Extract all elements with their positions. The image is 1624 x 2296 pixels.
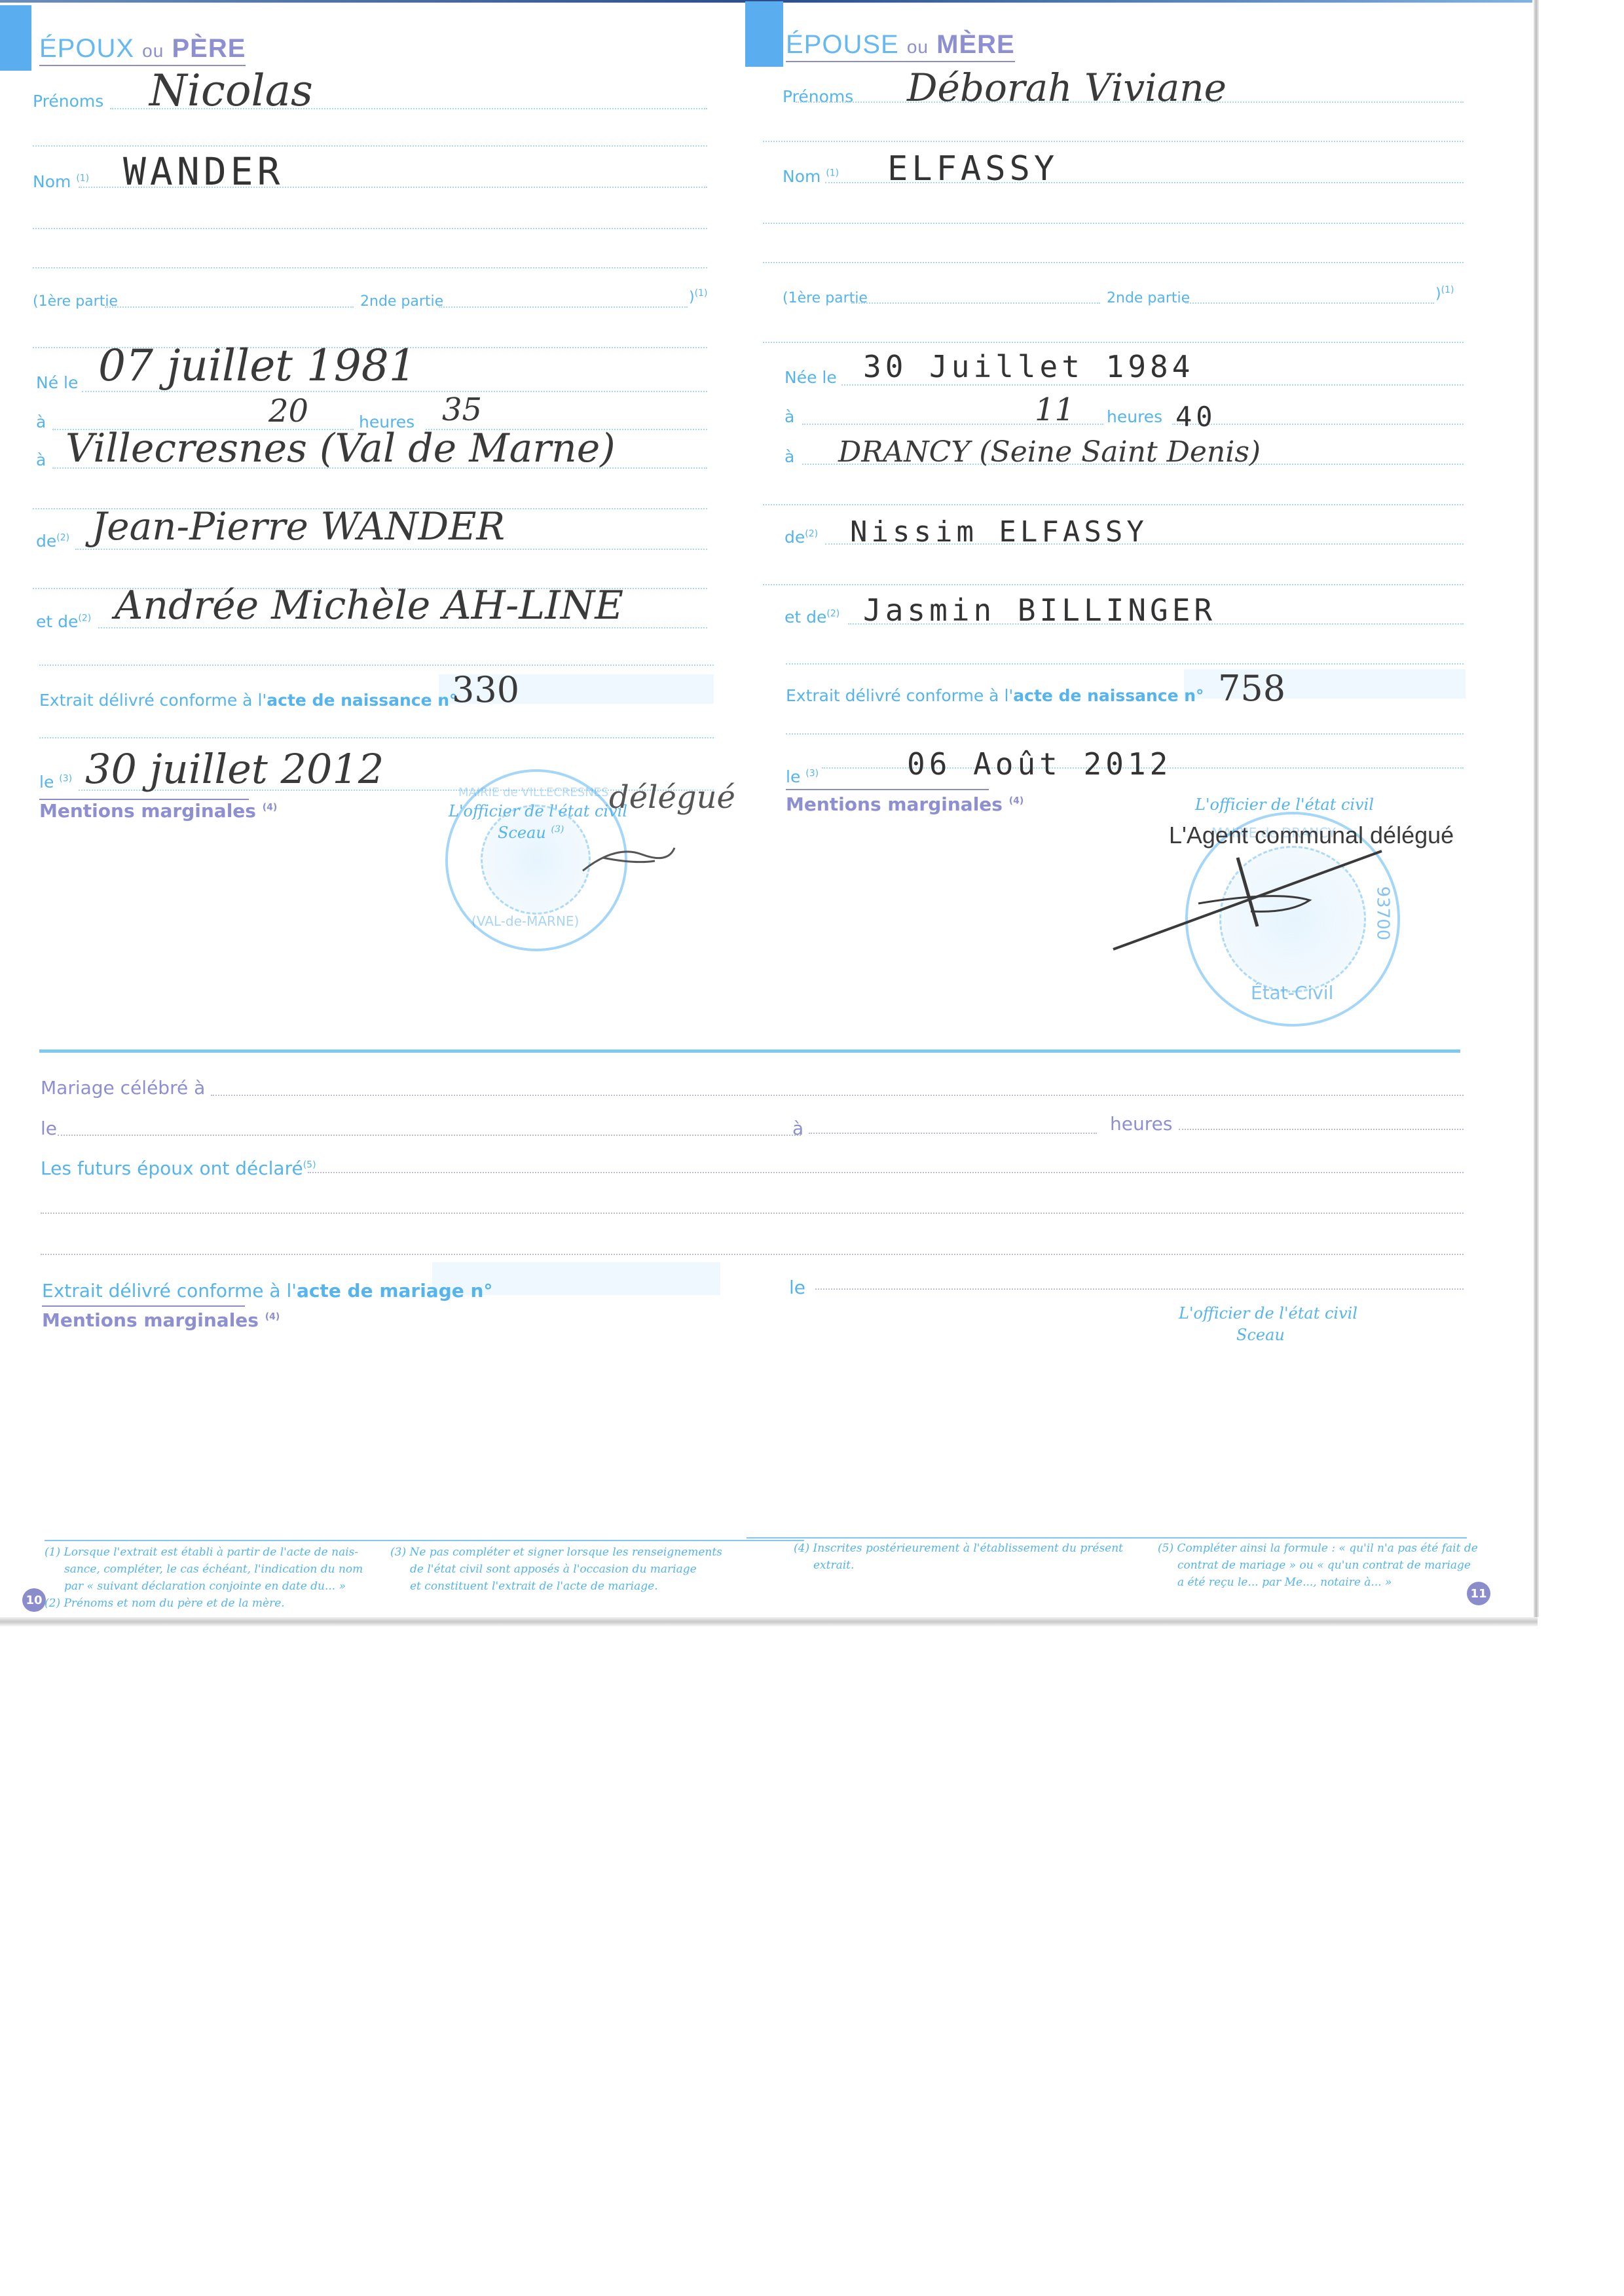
- title-bold: PÈRE: [172, 34, 246, 63]
- mariage-a-label: à: [792, 1118, 803, 1139]
- label-bold: acte de naissance n°: [267, 691, 457, 710]
- mariage-le2-label: le: [789, 1277, 805, 1298]
- epoux-de-line: [75, 549, 707, 550]
- epouse-mere-value[interactable]: Jasmin BILLINGER: [863, 592, 1216, 628]
- label-text: Extrait délivré conforme à l': [42, 1280, 297, 1302]
- epoux-ne-le-line: [82, 391, 707, 392]
- mariage-mentions-label: Mentions marginales (4): [42, 1309, 280, 1331]
- epouse-line: [763, 223, 1464, 224]
- footnote-1: (1) Lorsque l'extrait est établi à parti…: [45, 1544, 385, 1612]
- mariage-declare-field-2[interactable]: [41, 1212, 1464, 1214]
- epoux-partie-close: )(1): [689, 288, 707, 305]
- footnote-text: sance, compléter, le cas échéant, l'indi…: [45, 1561, 385, 1578]
- epouse-acte-numero-value[interactable]: 758: [1218, 668, 1285, 709]
- note: (4): [263, 803, 278, 813]
- label-text: Mentions marginales: [42, 1309, 259, 1331]
- epoux-line: [33, 145, 707, 147]
- footnote-5: (5) Compléter ainsi la formule : « qu'il…: [1158, 1540, 1485, 1591]
- footnote-text: a été reçu le... par Me..., notaire à...…: [1158, 1574, 1485, 1591]
- mariage-officier-label: L'officier de l'état civil: [1179, 1304, 1357, 1322]
- footnote-3: (3) Ne pas compléter et signer lorsque l…: [390, 1544, 744, 1595]
- epouse-line: [763, 504, 1464, 505]
- footnote-text: (4) Inscrites postérieurement à l'établi…: [794, 1542, 1123, 1555]
- epoux-line: [33, 228, 707, 229]
- mariage-declare-field[interactable]: [308, 1172, 1464, 1173]
- label-text: Mentions marginales: [39, 800, 256, 822]
- note: (4): [1009, 796, 1024, 807]
- label-text: Mentions marginales: [786, 793, 1003, 815]
- mariage-sceau-label: Sceau: [1236, 1326, 1285, 1344]
- epoux-partie2-label: 2nde partie: [360, 293, 443, 310]
- note: (2): [805, 529, 818, 539]
- label-text: et de: [784, 608, 826, 627]
- footnote-text: (1) Lorsque l'extrait est établi à parti…: [45, 1546, 358, 1559]
- note: (1): [695, 288, 708, 299]
- note: (1): [1441, 285, 1454, 295]
- footnote-text: par « suivant déclaration conjointe en d…: [45, 1578, 385, 1595]
- note: (5): [303, 1160, 316, 1171]
- epoux-acte-numero-value[interactable]: 330: [452, 669, 519, 710]
- mariage-a-field[interactable]: [809, 1133, 1097, 1134]
- epouse-signature-stroke: [1107, 838, 1408, 956]
- epoux-partie1-line: [105, 306, 354, 308]
- epouse-ne-le-line: [841, 384, 1464, 386]
- title-main: ÉPOUSE: [786, 30, 899, 59]
- epoux-et-de-label: et de(2): [36, 612, 91, 631]
- mariage-celebre-field[interactable]: [211, 1095, 1464, 1096]
- note: (3): [805, 769, 819, 779]
- stamp-bottom-text: État-Civil: [1251, 982, 1333, 1004]
- mariage-heures-label: heures: [1110, 1113, 1172, 1135]
- epouse-partie1-label: (1ère partie: [783, 290, 868, 306]
- label-bold: acte de naissance n°: [1013, 686, 1204, 705]
- mariage-mentions-rule: [42, 1305, 245, 1307]
- epouse-mentions-rule: [786, 789, 989, 790]
- epoux-mere-value[interactable]: Andrée Michèle AH-LINE: [115, 583, 623, 629]
- epoux-de-label: de(2): [36, 532, 69, 551]
- mariage-le-label: le: [41, 1118, 57, 1139]
- page-edge-right: [1534, 0, 1539, 1617]
- epouse-le-label: le (3): [786, 767, 819, 786]
- section-tab-epouse: [745, 1, 783, 67]
- mariage-section-rule: [39, 1049, 1460, 1053]
- epouse-partie2-label: 2nde partie: [1107, 290, 1190, 306]
- epoux-mentions-label: Mentions marginales (4): [39, 800, 277, 822]
- paren: ): [1435, 285, 1441, 302]
- note: (1): [76, 173, 89, 184]
- epoux-line: [39, 737, 714, 738]
- label-text: le: [786, 767, 800, 786]
- page-number-left: 10: [22, 1588, 46, 1612]
- label-text: Sceau: [498, 824, 546, 842]
- epouse-partie-close: )(1): [1435, 285, 1454, 302]
- epouse-mentions-label: Mentions marginales (4): [786, 793, 1024, 815]
- section-title-epoux: ÉPOUX ou PÈRE: [39, 34, 246, 66]
- epouse-nom-value[interactable]: ELFASSY: [887, 149, 1058, 189]
- label-bold: acte de mariage n°: [297, 1280, 492, 1302]
- footnotes-rule: [45, 1540, 804, 1541]
- note: (1): [826, 168, 839, 179]
- epouse-et-de-label: et de(2): [784, 608, 840, 627]
- epouse-line: [763, 342, 1464, 343]
- label-text: de: [784, 528, 805, 547]
- note: (2): [826, 609, 840, 619]
- epoux-sceau-label: Sceau (3): [498, 824, 564, 842]
- title-main: ÉPOUX: [39, 34, 134, 63]
- epoux-le-value[interactable]: 30 juillet 2012: [85, 745, 384, 793]
- epouse-prenoms-label: Prénoms: [783, 87, 853, 106]
- label-text: Nom: [783, 167, 821, 186]
- epoux-ne-le-value[interactable]: 07 juillet 1981: [98, 340, 416, 391]
- title-ou: ou: [907, 37, 929, 57]
- label-text: Extrait délivré conforme à l': [39, 691, 267, 710]
- footnote-text: (3) Ne pas compléter et signer lorsque l…: [390, 1546, 722, 1559]
- epoux-partie2-line: [439, 306, 688, 308]
- page-number-right: 11: [1467, 1582, 1490, 1605]
- epouse-a-label: à: [784, 407, 794, 426]
- stamp-inner: [481, 805, 591, 915]
- footnote-text: de l'état civil sont apposés à l'occasio…: [390, 1561, 744, 1578]
- mariage-extrait-label: Extrait délivré conforme à l'acte de mar…: [42, 1280, 492, 1302]
- epoux-prenoms-label: Prénoms: [33, 92, 103, 111]
- label-text: Nom: [33, 172, 71, 191]
- epoux-nom-label: Nom (1): [33, 172, 89, 191]
- epouse-line: [763, 262, 1464, 263]
- epoux-a-label: à: [36, 412, 46, 431]
- epoux-nom-value[interactable]: WANDER: [123, 149, 284, 194]
- epouse-partie2-line: [1185, 302, 1434, 304]
- epouse-prenoms-value[interactable]: Déborah Viviane: [907, 65, 1227, 110]
- note: (4): [265, 1312, 280, 1322]
- mariage-declare-field-3[interactable]: [41, 1254, 1464, 1255]
- mariage-heures-field[interactable]: [1179, 1129, 1464, 1130]
- footnote-text: contrat de mariage » ou « qu'un contrat …: [1158, 1557, 1485, 1574]
- epouse-de-label: de(2): [784, 528, 818, 547]
- footnote-text: (5) Compléter ainsi la formule : « qu'il…: [1158, 1542, 1478, 1555]
- label-text: le: [39, 773, 54, 792]
- epoux-hour-value[interactable]: 20: [268, 393, 308, 429]
- epouse-officier-label: L'officier de l'état civil: [1195, 795, 1374, 814]
- mariage-le-field[interactable]: [58, 1135, 801, 1136]
- title-bold: MÈRE: [936, 30, 1015, 59]
- epoux-prenoms-value[interactable]: Nicolas: [149, 65, 313, 116]
- epouse-line: [786, 733, 1464, 735]
- livret-de-famille-page: ÉPOUX ou PÈRE Prénoms Nicolas Nom (1) WA…: [0, 0, 1532, 1624]
- mariage-declare-label: Les futurs époux ont déclaré(5): [41, 1157, 316, 1179]
- footnote-text: extrait.: [794, 1557, 1134, 1574]
- epouse-hour-value[interactable]: 11: [1035, 392, 1075, 428]
- epouse-minutes-value[interactable]: 40: [1175, 401, 1217, 433]
- epoux-line: [39, 665, 714, 666]
- epoux-le-label: le (3): [39, 773, 72, 792]
- epouse-ne-le-value[interactable]: 30 Juillet 1984: [863, 349, 1194, 384]
- epoux-line: [33, 267, 707, 268]
- label-text: de: [36, 532, 56, 551]
- epoux-ne-le-label: Né le: [36, 373, 78, 392]
- epouse-line: [763, 584, 1464, 585]
- epoux-lieu-label: à: [36, 450, 46, 469]
- note: (3): [551, 824, 564, 835]
- label-text: et de: [36, 612, 78, 631]
- epouse-extrait-label: Extrait délivré conforme à l'acte de nai…: [786, 686, 1204, 705]
- footnote-4: (4) Inscrites postérieurement à l'établi…: [794, 1540, 1134, 1574]
- title-ou: ou: [142, 41, 164, 61]
- mariage-celebre-label: Mariage célébré à: [41, 1077, 205, 1099]
- mariage-le2-field[interactable]: [815, 1288, 1464, 1290]
- epouse-partie1-line: [851, 302, 1100, 304]
- epouse-lieu-label: à: [784, 447, 794, 466]
- epoux-lieu-value[interactable]: Villecresnes (Val de Marne): [65, 426, 616, 471]
- note: (2): [78, 613, 91, 624]
- note: (3): [59, 774, 72, 784]
- note: (2): [56, 533, 69, 543]
- footnotes-rule: [747, 1537, 1467, 1539]
- epoux-minutes-value[interactable]: 35: [442, 392, 482, 428]
- epouse-le-value[interactable]: 06 Août 2012: [907, 746, 1172, 782]
- epoux-extrait-label: Extrait délivré conforme à l'acte de nai…: [39, 691, 458, 710]
- epouse-line: [786, 663, 1464, 665]
- epoux-officier-label: L'officier de l'état civil: [449, 802, 627, 820]
- label-text: Les futurs époux ont déclaré: [41, 1157, 303, 1179]
- section-title-epouse: ÉPOUSE ou MÈRE: [786, 30, 1015, 62]
- epoux-signature: délégué: [609, 779, 735, 816]
- stamp-top-text: MAIRIE de VILLECRESNES: [458, 786, 608, 799]
- label-text: Extrait délivré conforme à l': [786, 686, 1013, 705]
- epouse-heures-label: heures: [1107, 407, 1162, 426]
- epouse-ne-le-label: Née le: [784, 368, 837, 387]
- epouse-pere-value[interactable]: Nissim ELFASSY: [850, 515, 1148, 549]
- epoux-signature-stroke: [576, 818, 681, 877]
- page-edge-bottom: [0, 1617, 1538, 1626]
- section-tab-epoux: [0, 5, 31, 71]
- epouse-line: [763, 141, 1464, 142]
- stamp-bottom-text: (VAL-de-MARNE): [471, 913, 579, 929]
- paren: ): [689, 289, 695, 305]
- epoux-pere-value[interactable]: Jean-Pierre WANDER: [92, 504, 505, 549]
- footnote-2-text: (2) Prénoms et nom du père et de la mère…: [45, 1597, 285, 1610]
- epouse-lieu-value[interactable]: DRANCY (Seine Saint Denis): [838, 435, 1261, 469]
- footnote-text: et constituent l'extrait de l'acte de ma…: [390, 1578, 744, 1595]
